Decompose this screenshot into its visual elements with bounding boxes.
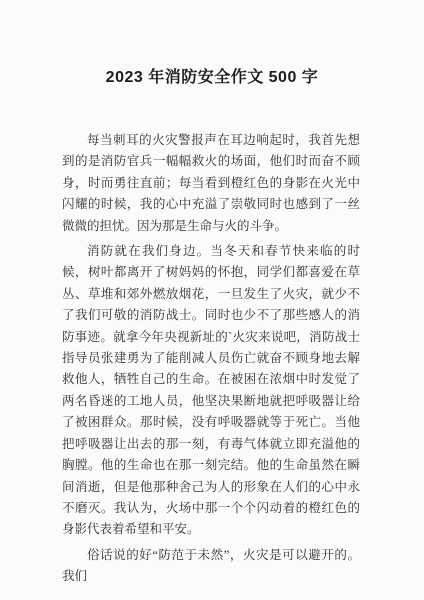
essay-body: 每当刺耳的火灾警报声在耳边响起时，我首先想到的是消防官兵一幅幅救火的场面，他们时… [62, 130, 360, 588]
page-title: 2023 年消防安全作文 500 字 [0, 64, 424, 87]
document-page: 2023 年消防安全作文 500 字 每当刺耳的火灾警报声在耳边响起时，我首先想… [0, 0, 424, 600]
essay-paragraph-3: 俗话说的好“防范于未然”，火灾是可以避开的。我们 [62, 545, 360, 588]
essay-paragraph-2: 消防就在我们身边。当冬天和春节快来临的时候，树叶都离开了树妈妈的怀抱，同学们都喜… [62, 241, 360, 541]
essay-paragraph-1: 每当刺耳的火灾警报声在耳边响起时，我首先想到的是消防官兵一幅幅救火的场面，他们时… [62, 130, 360, 237]
